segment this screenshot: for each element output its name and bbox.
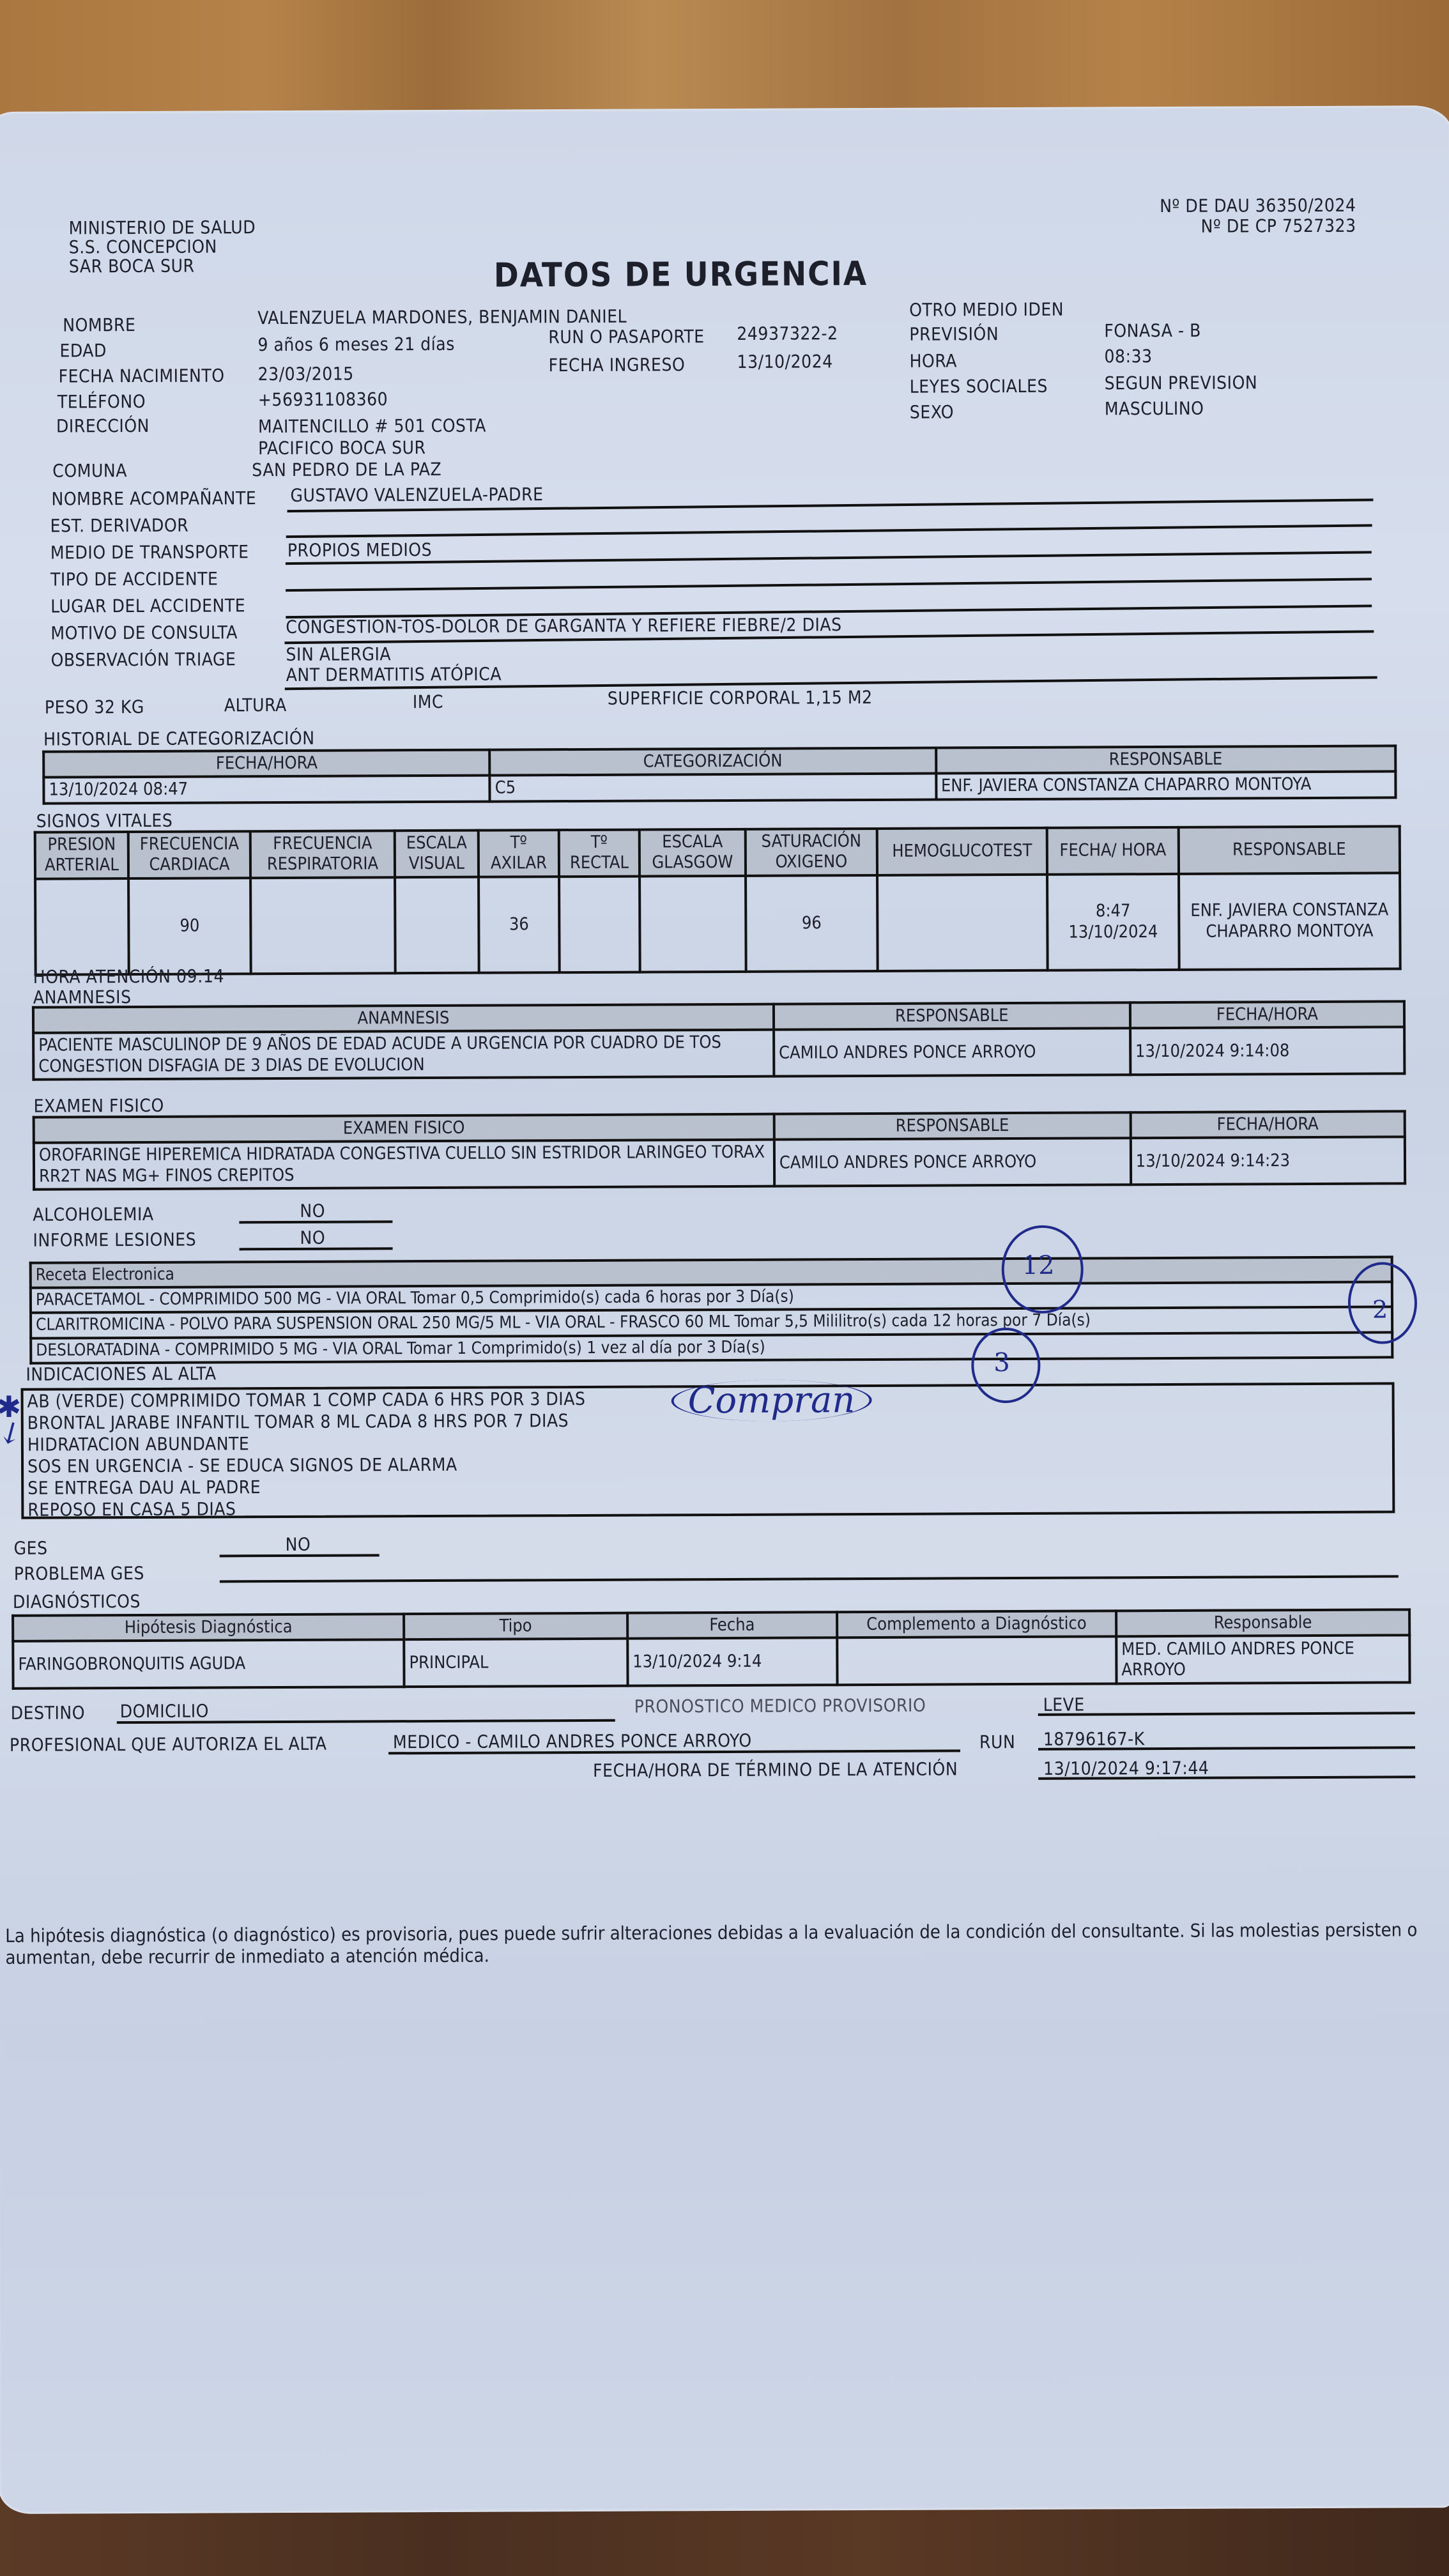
col-header: ESCALA GLASGOW (640, 829, 746, 877)
col-header: EXAMEN FISICO (34, 1114, 774, 1143)
label-tipo-accidente: TIPO DE ACCIDENTE (50, 568, 218, 590)
label-leyes-sociales: LEYES SOCIALES (910, 376, 1048, 397)
col-header: FECHA/ HORA (1047, 827, 1179, 875)
label-termino: FECHA/HORA DE TÉRMINO DE LA ATENCIÓN (593, 1758, 958, 1781)
section-title-diagnosticos: DIAGNÓSTICOS (13, 1591, 141, 1613)
label-destino: DESTINO (11, 1702, 85, 1724)
alcoholemia-value: NO (300, 1200, 325, 1222)
col-header: ANAMNESIS (33, 1004, 774, 1033)
field-underline (239, 1220, 392, 1223)
cell-fecha-hora: 8:47 13/10/2024 (1047, 874, 1179, 970)
cell-eva (395, 877, 479, 973)
label-lugar-accidente: LUGAR DEL ACCIDENTE (50, 595, 245, 617)
triage-observation: SIN ALERGIA ANT DERMATITIS ATÓPICA (286, 644, 502, 686)
field-underline (286, 524, 1372, 538)
col-header: FRECUENCIA CARDIACA (128, 831, 250, 878)
cell-saturacion: 96 (746, 875, 878, 972)
label-fecha-ingreso: FECHA INGRESO (548, 354, 685, 376)
label-telefono: TELÉFONO (57, 391, 146, 413)
label-imc: IMC (413, 691, 443, 712)
institution-line: MINISTERIO DE SALUD (69, 218, 256, 238)
label-nombre: NOMBRE (63, 314, 135, 335)
label-profesional: PROFESIONAL QUE AUTORIZA EL ALTA (10, 1733, 327, 1756)
label-transporte: MEDIO DE TRANSPORTE (50, 541, 249, 563)
transport-mode: PROPIOS MEDIOS (287, 539, 432, 561)
patient-address: MAITENCILLO # 501 COSTA PACIFICO BOCA SU… (258, 415, 486, 460)
cell-t-rectal (559, 876, 640, 972)
urgency-form-document: MINISTERIO DE SALUD S.S. CONCEPCION SAR … (0, 105, 1449, 2514)
cell: C5 (490, 774, 936, 801)
institution-block: MINISTERIO DE SALUD S.S. CONCEPCION SAR … (69, 218, 256, 276)
handwritten-note-2: 2 (1372, 1295, 1388, 1323)
patient-birthdate: 23/03/2015 (258, 364, 354, 385)
field-underline (240, 1247, 393, 1250)
col-header: PRESION ARTERIAL (35, 832, 128, 878)
col-header: Responsable (1116, 1609, 1409, 1636)
dau-number: Nº DE DAU 36350/2024 (1160, 195, 1356, 217)
field-underline (286, 578, 1372, 592)
prescription-table: Receta Electronica PARACETAMOL - COMPRIM… (29, 1255, 1394, 1364)
exam-responsable: CAMILO ANDRES PONCE ARROYO (774, 1138, 1131, 1186)
label-informe-lesiones: INFORME LESIONES (33, 1229, 196, 1251)
col-header: RESPONSABLE (774, 1002, 1130, 1030)
cell-glasgow (640, 876, 746, 972)
col-header: FECHA/HORA (1130, 1111, 1404, 1138)
patient-prevision: FONASA - B (1104, 320, 1201, 342)
col-header: SATURACIÓN OXIGENO (746, 829, 877, 876)
field-underline (286, 551, 1372, 565)
prescription-item: DESLORATADINA - COMPRIMIDO 5 MG - VIA OR… (31, 1332, 1392, 1363)
diagnosis-table: Hipótesis Diagnóstica Tipo Fecha Complem… (11, 1608, 1411, 1690)
label-alcoholemia: ALCOHOLEMIA (33, 1204, 153, 1225)
anamnesis-table: ANAMNESIS RESPONSABLE FECHA/HORA PACIENT… (32, 1000, 1406, 1081)
label-prevision: PREVISIÓN (909, 323, 999, 345)
col-header: Fecha (627, 1612, 837, 1639)
diagnosis-disclaimer: La hipótesis diagnóstica (o diagnóstico)… (5, 1919, 1430, 1968)
section-title-anamnesis: ANAMNESIS (33, 986, 132, 1008)
table-row: OROFARINGE HIPEREMICA HIDRATADA CONGESTI… (34, 1137, 1405, 1190)
document-numbers: Nº DE DAU 36350/2024 Nº DE CP 7527323 (1160, 195, 1356, 237)
label-run-profesional: RUN (979, 1731, 1015, 1752)
diagnosis-hypothesis: FARINGOBRONQUITIS AGUDA (13, 1640, 404, 1689)
cell-t-axilar: 36 (479, 877, 560, 973)
anamnesis-text: PACIENTE MASCULINOP DE 9 AÑOS DE EDAD AC… (33, 1030, 774, 1080)
label-est-derivador: EST. DERIVADOR (50, 515, 189, 537)
label-otro-medio: OTRO MEDIO IDEN (909, 299, 1064, 321)
address-line: PACIFICO BOCA SUR (258, 437, 486, 460)
label-edad: EDAD (59, 340, 107, 361)
patient-admission-time: 08:33 (1104, 346, 1152, 367)
field-underline (220, 1575, 1399, 1583)
label-motivo: MOTIVO DE CONSULTA (50, 622, 238, 643)
handwritten-note-compran: Compran (671, 1379, 871, 1422)
label-observacion: OBSERVACIÓN TRIAGE (50, 648, 236, 670)
cell-responsable: ENF. JAVIERA CONSTANZA CHAPARRO MONTOYA (1179, 873, 1400, 970)
cp-number: Nº DE CP 7527323 (1160, 216, 1356, 237)
handwritten-note-12: 12 (1022, 1251, 1055, 1280)
end-of-care-datetime: 13/10/2024 9:17:44 (1043, 1758, 1209, 1779)
section-title-signos-vitales: SIGNOS VITALES (36, 810, 173, 832)
patient-phone: +56931108360 (258, 388, 388, 410)
patient-comuna: SAN PEDRO DE LA PAZ (252, 459, 441, 480)
label-altura: ALTURA (224, 694, 287, 716)
patient-leyes-sociales: SEGUN PREVISION (1105, 372, 1258, 394)
section-title-examen: EXAMEN FISICO (34, 1095, 164, 1117)
ges-value: NO (286, 1534, 311, 1555)
page-title: DATOS DE URGENCIA (494, 255, 868, 295)
prognosis-value: LEVE (1043, 1694, 1085, 1715)
col-header: Hipótesis Diagnóstica (13, 1614, 404, 1641)
col-header: FECHA/HORA (1130, 1001, 1404, 1028)
anamnesis-responsable: CAMILO ANDRES PONCE ARROYO (774, 1029, 1130, 1077)
lesiones-value: NO (300, 1227, 325, 1248)
diagnosis-complement (837, 1637, 1117, 1685)
label-comuna: COMUNA (52, 460, 127, 482)
categorization-table: FECHA/HORA CATEGORIZACIÓN RESPONSABLE 13… (42, 744, 1397, 804)
diagnosis-date: 13/10/2024 9:14 (627, 1638, 837, 1686)
table-row: FARINGOBRONQUITIS AGUDA PRINCIPAL 13/10/… (13, 1636, 1409, 1689)
col-header: Tipo (404, 1613, 627, 1640)
label-direccion: DIRECCIÓN (56, 415, 149, 437)
label-fecha-nacimiento: FECHA NACIMIENTO (59, 365, 225, 387)
cell: 13/10/2024 08:47 (43, 776, 489, 803)
patient-sex: MASCULINO (1105, 398, 1204, 420)
companion-name: GUSTAVO VALENZUELA-PADRE (290, 484, 543, 506)
physical-exam-table: EXAMEN FISICO RESPONSABLE FECHA/HORA ORO… (33, 1110, 1406, 1191)
diagnosis-type: PRINCIPAL (404, 1639, 627, 1687)
col-header: FECHA/HORA (43, 750, 489, 778)
cell-presion (35, 878, 129, 975)
patient-name: VALENZUELA MARDONES, BENJAMIN DANIEL (257, 306, 627, 329)
patient-age: 9 años 6 meses 21 días (257, 333, 455, 355)
observation-line: ANT DERMATITIS ATÓPICA (286, 664, 502, 686)
body-surface: SUPERFICIE CORPORAL 1,15 M2 (608, 687, 873, 709)
professional-run: 18796167-K (1043, 1728, 1145, 1750)
col-header: Complemento a Diagnóstico (837, 1611, 1116, 1637)
handwritten-note-3: 3 (993, 1348, 1010, 1377)
cell-hgt (877, 875, 1048, 971)
label-hora: HORA (909, 350, 957, 371)
vital-signs-table: PRESION ARTERIAL FRECUENCIA CARDIACA FRE… (34, 825, 1402, 976)
label-acompanante: NOMBRE ACOMPAÑANTE (51, 487, 256, 509)
anamnesis-fecha: 13/10/2024 9:14:08 (1130, 1027, 1405, 1075)
label-pronostico: PRONOSTICO MEDICO PROVISORIO (634, 1695, 926, 1717)
table-row: 13/10/2024 08:47 C5 ENF. JAVIERA CONSTAN… (43, 772, 1395, 804)
table-row: 90 36 96 8:47 13/10/2024 ENF. JAVIERA CO… (35, 873, 1400, 974)
col-header: HEMOGLUCOTEST (877, 828, 1047, 875)
attention-time: HORA ATENCIÓN 09:14 (33, 965, 224, 987)
prescription-desloratadina: DESLORATADINA - COMPRIMIDO 5 MG - VIA OR… (31, 1332, 1392, 1363)
observation-line: SIN ALERGIA (286, 644, 501, 665)
col-header: ESCALA VISUAL (395, 831, 479, 877)
consultation-reason: CONGESTION-TOS-DOLOR DE GARGANTA Y REFIE… (286, 614, 841, 638)
col-header: Tº AXILAR (479, 830, 559, 877)
col-header: FRECUENCIA RESPIRATORIA (250, 831, 395, 878)
col-header: RESPONSABLE (1179, 826, 1400, 873)
label-ges: GES (14, 1538, 48, 1559)
section-title-categorizacion: HISTORIAL DE CATEGORIZACIÓN (43, 728, 315, 750)
institution-line: S.S. CONCEPCION (69, 237, 256, 257)
col-header: RESPONSABLE (774, 1112, 1130, 1140)
table-row: PACIENTE MASCULINOP DE 9 AÑOS DE EDAD AC… (33, 1027, 1404, 1080)
patient-run: 24937322-2 (737, 323, 838, 344)
col-header: RESPONSABLE (936, 746, 1396, 774)
cell: ENF. JAVIERA CONSTANZA CHAPARRO MONTOYA (936, 772, 1396, 800)
diagnosis-responsable: MED. CAMILO ANDRES PONCE ARROYO (1116, 1636, 1409, 1684)
weight: PESO 32 KG (45, 696, 144, 718)
exam-text: OROFARINGE HIPEREMICA HIDRATADA CONGESTI… (34, 1140, 774, 1190)
cell-fr (250, 877, 395, 974)
field-underline (1038, 1712, 1415, 1716)
col-header: CATEGORIZACIÓN (489, 748, 935, 776)
exam-fecha: 13/10/2024 9:14:23 (1131, 1137, 1406, 1185)
col-header: Tº RECTAL (559, 830, 640, 877)
label-problema-ges: PROBLEMA GES (14, 1563, 144, 1584)
field-underline (220, 1554, 379, 1557)
institution-line: SAR BOCA SUR (69, 256, 256, 276)
cell-fc: 90 (128, 878, 251, 974)
destination-value: DOMICILIO (120, 1701, 209, 1722)
patient-admission-date: 13/10/2024 (737, 351, 832, 372)
label-sexo: SEXO (910, 401, 954, 422)
section-title-indicaciones: INDICACIONES AL ALTA (26, 1363, 216, 1384)
label-run: RUN O PASAPORTE (548, 326, 704, 348)
address-line: MAITENCILLO # 501 COSTA (258, 415, 486, 438)
discharging-professional: MEDICO - CAMILO ANDRES PONCE ARROYO (393, 1730, 752, 1752)
